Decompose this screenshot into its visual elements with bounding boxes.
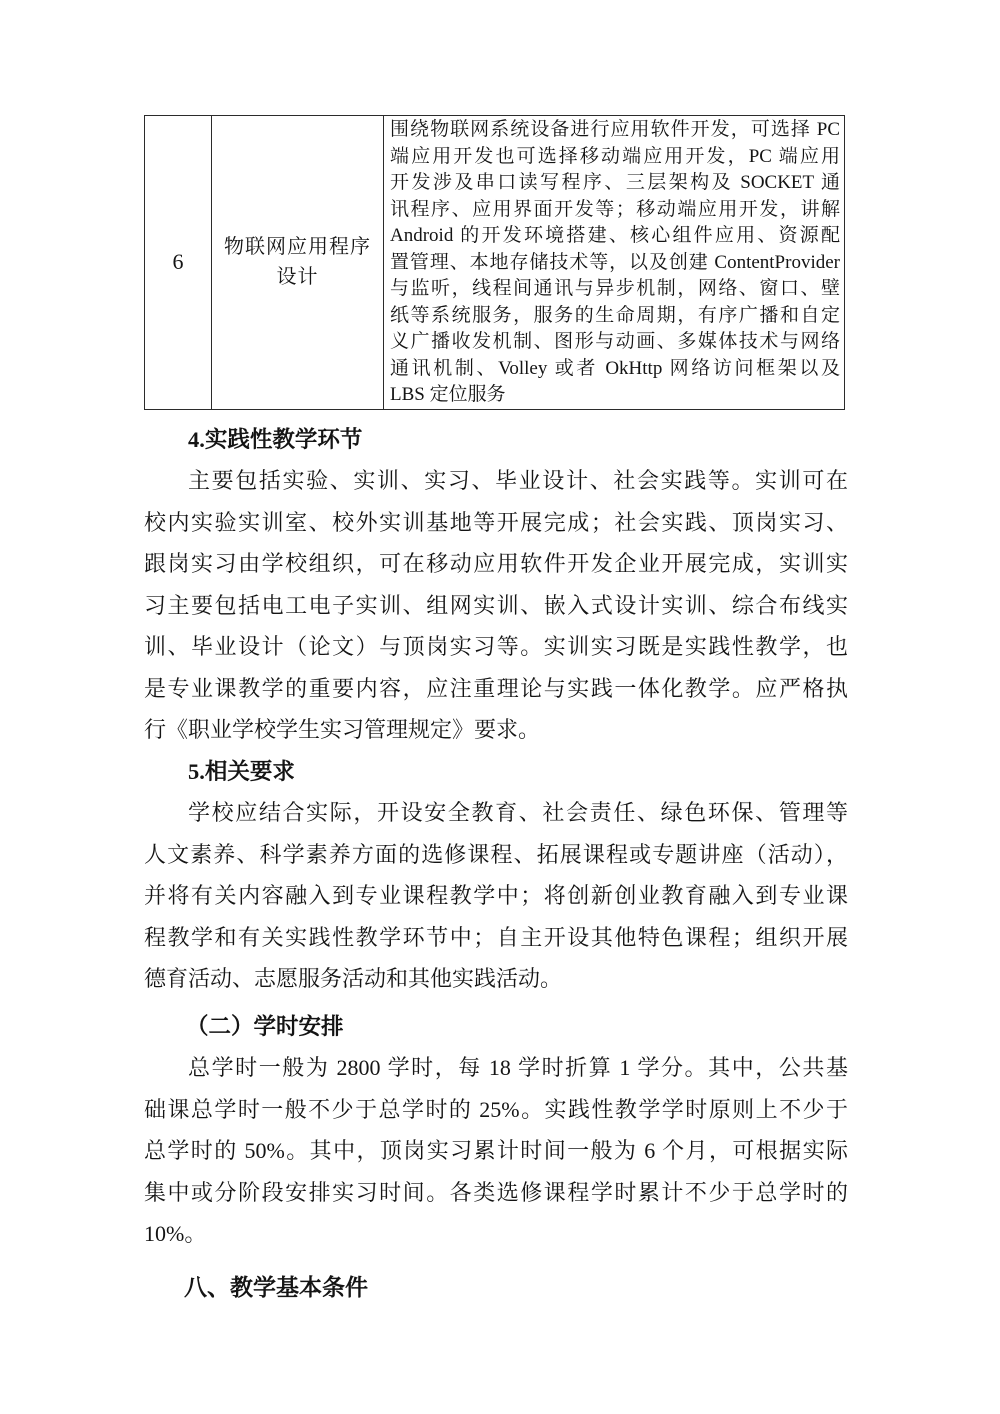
course-description-line: 围绕物联网系统设备进行应用软件开发，可选择 PC xyxy=(390,117,840,144)
paragraph-line: 习主要包括电工电子实训、组网实训、嵌入式设计实训、综合布线实 xyxy=(144,585,848,627)
course-description-line: Android 的开发环境搭建、核心组件应用、资源配 xyxy=(390,223,840,250)
course-description-line: 纸等系统服务，服务的生命周期，有序广播和自定 xyxy=(390,303,840,330)
course-name-cell: 物联网应用程序设计 xyxy=(212,116,384,410)
table-row: 6 物联网应用程序设计 围绕物联网系统设备进行应用软件开发，可选择 PC端应用开… xyxy=(145,116,845,410)
paragraph-line: 础课总学时一般不少于总学时的 25%。实践性教学学时原则上不少于 xyxy=(144,1089,848,1131)
section-heading: 八、教学基本条件 xyxy=(144,1267,848,1309)
course-description-line: 与监听，线程间通讯与异步机制，网络、窗口、壁 xyxy=(390,276,840,303)
course-description-line: 开发涉及串口读写程序、三层架构及 SOCKET 通 xyxy=(390,170,840,197)
course-name-line: 物联网应用程序 xyxy=(212,232,383,262)
paragraph: 主要包括实验、实训、实习、毕业设计、社会实践等。实训可在校内实验实训室、校外实训… xyxy=(144,460,848,751)
paragraph-line: 总学时一般为 2800 学时，每 18 学时折算 1 学分。其中，公共基 xyxy=(144,1047,848,1089)
paragraph-line: 主要包括实验、实训、实习、毕业设计、社会实践等。实训可在 xyxy=(144,460,848,502)
course-number-cell: 6 xyxy=(145,116,212,410)
paragraph-line: 集中或分阶段安排实习时间。各类选修课程学时累计不少于总学时的 xyxy=(144,1172,848,1214)
document-body: 4.实践性教学环节主要包括实验、实训、实习、毕业设计、社会实践等。实训可在校内实… xyxy=(144,419,848,1309)
paragraph-line: 总学时的 50%。其中，顶岗实习累计时间一般为 6 个月，可根据实际 xyxy=(144,1130,848,1172)
course-description-text: 围绕物联网系统设备进行应用软件开发，可选择 PC端应用开发也可选择移动端应用开发… xyxy=(384,116,844,409)
document-content: 6 物联网应用程序设计 围绕物联网系统设备进行应用软件开发，可选择 PC端应用开… xyxy=(144,115,848,1308)
document-page: 6 物联网应用程序设计 围绕物联网系统设备进行应用软件开发，可选择 PC端应用开… xyxy=(0,0,1000,1414)
section-heading: 4.实践性教学环节 xyxy=(144,419,848,461)
course-table: 6 物联网应用程序设计 围绕物联网系统设备进行应用软件开发，可选择 PC端应用开… xyxy=(144,115,845,410)
section-heading: （二）学时安排 xyxy=(144,1006,848,1048)
paragraph-line: 是专业课教学的重要内容，应注重理论与实践一体化教学。应严格执 xyxy=(144,668,848,710)
course-description-cell: 围绕物联网系统设备进行应用软件开发，可选择 PC端应用开发也可选择移动端应用开发… xyxy=(384,116,845,410)
paragraph-line: 跟岗实习由学校组织，可在移动应用软件开发企业开展完成，实训实 xyxy=(144,543,848,585)
paragraph-line: 人文素养、科学素养方面的选修课程、拓展课程或专题讲座（活动）， xyxy=(144,834,848,876)
paragraph-line: 训、毕业设计（论文）与顶岗实习等。实训实习既是实践性教学，也 xyxy=(144,626,848,668)
course-description-line: LBS 定位服务 xyxy=(390,382,840,409)
paragraph: 学校应结合实际，开设安全教育、社会责任、绿色环保、管理等人文素养、科学素养方面的… xyxy=(144,792,848,1000)
course-name-line: 设计 xyxy=(212,262,383,292)
paragraph-line: 德育活动、志愿服务活动和其他实践活动。 xyxy=(144,958,848,1000)
course-description-line: 通讯机制、Volley 或者 OkHttp 网络访问框架以及 xyxy=(390,356,840,383)
course-description-line: 义广播收发机制、图形与动画、多媒体技术与网络 xyxy=(390,329,840,356)
paragraph: 总学时一般为 2800 学时，每 18 学时折算 1 学分。其中，公共基础课总学… xyxy=(144,1047,848,1255)
course-description-line: 置管理、本地存储技术等，以及创建 ContentProvider xyxy=(390,250,840,277)
paragraph-line: 校内实验实训室、校外实训基地等开展完成；社会实践、顶岗实习、 xyxy=(144,502,848,544)
paragraph-line: 10%。 xyxy=(144,1213,848,1255)
section-heading: 5.相关要求 xyxy=(144,751,848,793)
course-description-line: 端应用开发也可选择移动端应用开发，PC 端应用 xyxy=(390,144,840,171)
paragraph-line: 程教学和有关实践性教学环节中；自主开设其他特色课程；组织开展 xyxy=(144,917,848,959)
course-description-line: 讯程序、应用界面开发等；移动端应用开发，讲解 xyxy=(390,197,840,224)
paragraph-line: 学校应结合实际，开设安全教育、社会责任、绿色环保、管理等 xyxy=(144,792,848,834)
paragraph-line: 行《职业学校学生实习管理规定》要求。 xyxy=(144,709,848,751)
paragraph-line: 并将有关内容融入到专业课程教学中；将创新创业教育融入到专业课 xyxy=(144,875,848,917)
